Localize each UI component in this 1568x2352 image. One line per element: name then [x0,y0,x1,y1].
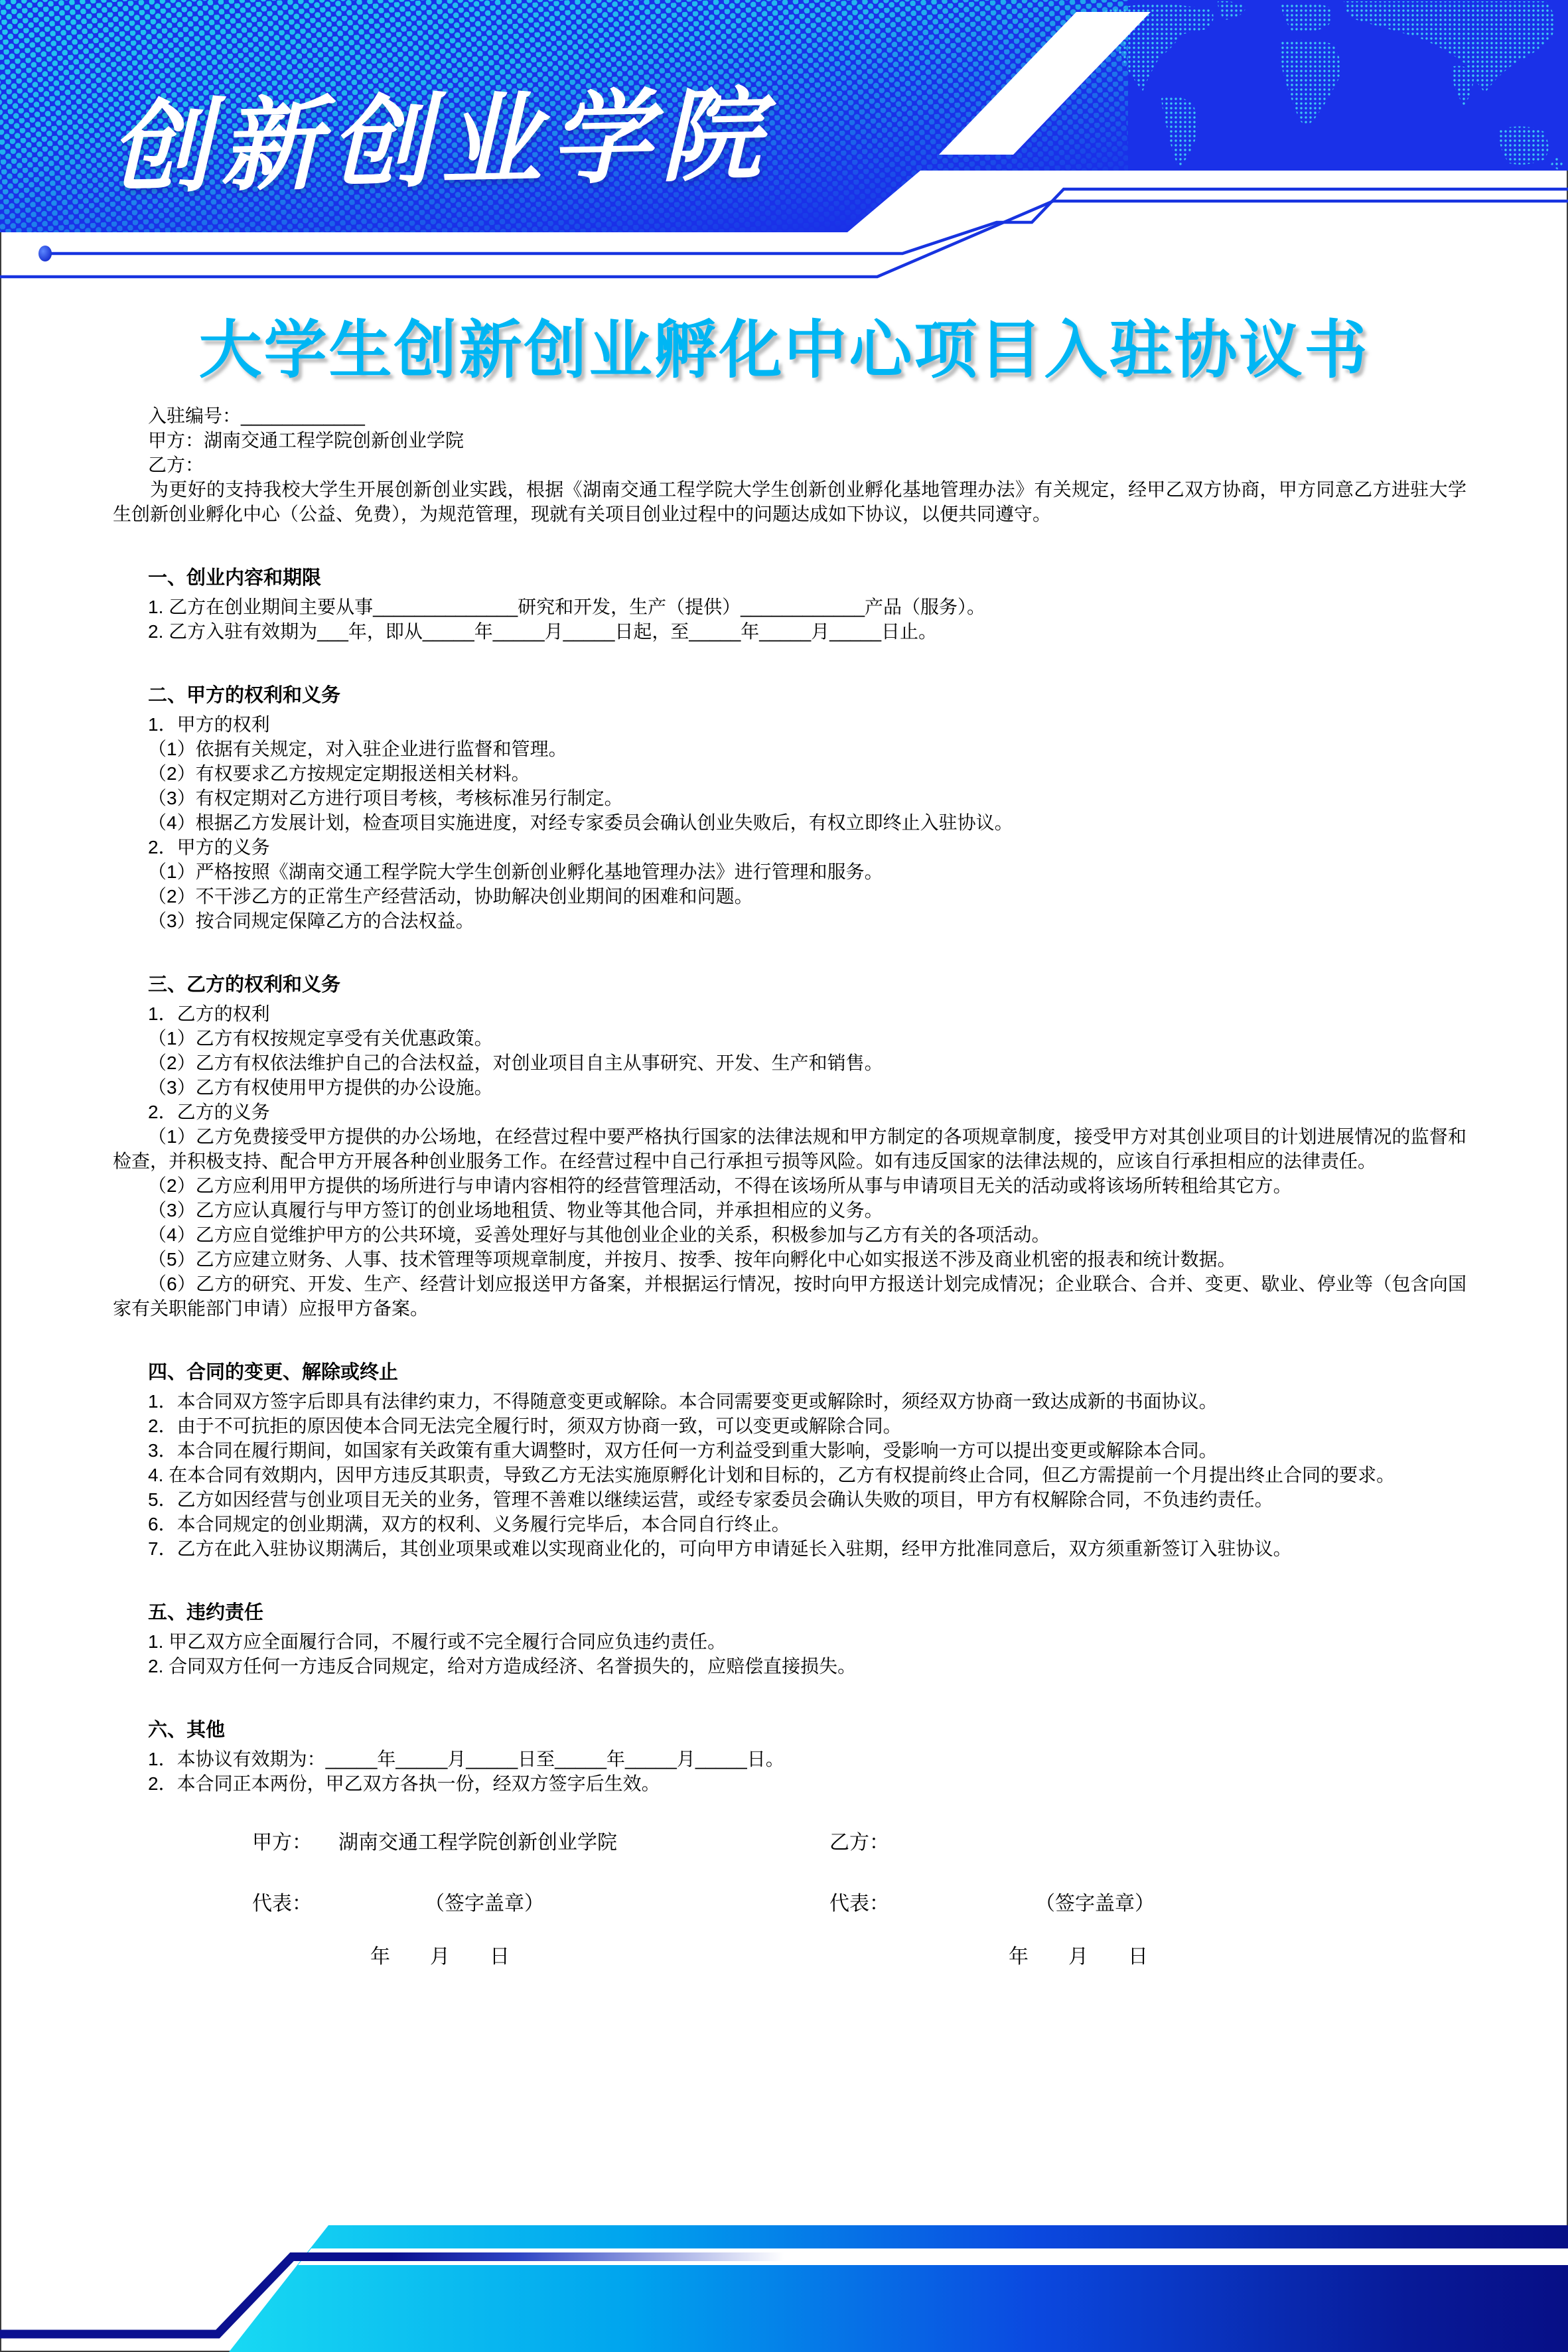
sig-seal-note-b: （签字盖章） [1035,1891,1155,1916]
sig-party-a-label: 甲方： [252,1830,312,1855]
contract-item: （3）乙方有权使用甲方提供的办公设施。 [113,1075,1466,1100]
contract-item: 1. 乙方在创业期间主要从事______________研究和开发，生产（提供）… [113,595,1466,619]
party-a-line: 甲方：湖南交通工程学院创新创业学院 [113,428,1466,453]
contract-item: （2）有权要求乙方按规定定期报送相关材料。 [113,761,1466,786]
signature-row-parties: 甲方： 湖南交通工程学院创新创业学院 乙方： [113,1830,1466,1857]
contract-item: （3）乙方应认真履行与甲方签订的创业场地租赁、物业等其他合同，并承担相应的义务。 [113,1198,1466,1222]
section-heading: 四、合同的变更、解除或终止 [113,1360,1466,1385]
section-heading: 三、乙方的权利和义务 [113,973,1466,997]
footer-decoration-graphic [0,2217,1568,2352]
sig-party-a-name: 湖南交通工程学院创新创业学院 [338,1830,617,1855]
intro-paragraph: 为更好的支持我校大学生开展创新创业实践，根据《湖南交通工程学院大学生创新创业孵化… [113,477,1466,526]
contract-item: （1）乙方有权按规定享受有关优惠政策。 [113,1026,1466,1051]
contract-item: 4. 在本合同有效期内，因甲方违反其职责，导致乙方无法实施原孵化计划和目标的，乙… [113,1463,1466,1487]
contract-item: 3．本合同在履行期间，如国家有关政策有重大调整时，双方任何一方利益受到重大影响，… [113,1438,1466,1463]
contract-item: 1．本合同双方签字后即具有法律约束力，不得随意变更或解除。本合同需要变更或解除时… [113,1389,1466,1414]
section-heading: 六、其他 [113,1718,1466,1743]
contract-item: （3）按合同规定保障乙方的合法权益。 [113,909,1466,933]
college-name-calligraphy: 创新创业学院 [108,54,788,212]
line-end-ball [38,246,52,261]
page-title: 大学生创新创业孵化中心项目入驻协议书 [0,300,1568,390]
sig-rep-b-label: 代表： [829,1891,889,1916]
section-heading: 二、甲方的权利和义务 [113,684,1466,708]
contract-item: （2）乙方有权依法维护自己的合法权益，对创业项目自主从事研究、开发、生产和销售。 [113,1051,1466,1075]
contract-item: 1．本协议有效期为：_____年_____月_____日至_____年_____… [113,1747,1466,1771]
contract-item: （3）有权定期对乙方进行项目考核，考核标准另行制定。 [113,786,1466,810]
signature-block: 甲方： 湖南交通工程学院创新创业学院 乙方： 代表： （签字盖章） 代表： （签… [113,1830,1466,2029]
contract-item: （1）依据有关规定，对入驻企业进行监督和管理。 [113,737,1466,761]
contract-item: 2．甲方的义务 [113,835,1466,859]
party-b-line: 乙方： [113,453,1466,477]
header-banner: 创新创业学院 [0,0,1568,285]
contract-item: 1. 甲乙双方应全面履行合同，不履行或不完全履行合同应负违约责任。 [113,1629,1466,1654]
contract-item: 2. 乙方入驻有效期为___年，即从_____年_____月_____日起，至_… [113,619,1466,644]
contract-page: 创新创业学院 大学生创新创业孵化中心项目入驻协议书 入驻编号：_________… [0,0,1568,2352]
contract-item: 1．乙方的权利 [113,1001,1466,1026]
contract-item: （1）严格按照《湖南交通工程学院大学生创新创业孵化基地管理办法》进行管理和服务。 [113,859,1466,884]
contract-item: （1）乙方免费接受甲方提供的办公场地，在经营过程中要严格执行国家的法律法规和甲方… [113,1124,1466,1173]
footer-gradient-band [229,2225,1568,2352]
sig-rep-a-label: 代表： [252,1891,312,1916]
sig-date-a: 年 月 日 [370,1945,510,1969]
sig-seal-note-a: （签字盖章） [425,1891,544,1916]
contract-item: 2．由于不可抗拒的原因使本合同无法完全履行时，须双方协商一致，可以变更或解除合同… [113,1414,1466,1438]
contract-item: 6．本合同规定的创业期满，双方的权利、义务履行完毕后，本合同自行终止。 [113,1512,1466,1536]
footer-banner [0,2217,1568,2352]
section-heading: 五、违约责任 [113,1601,1466,1625]
contract-item: 2．乙方的义务 [113,1100,1466,1124]
contract-item: （4）根据乙方发展计划，检查项目实施进度，对经专家委员会确认创业失败后，有权立即… [113,810,1466,835]
contract-item: 5．乙方如因经营与创业项目无关的业务，管理不善难以继续运营，或经专家委员会确认失… [113,1487,1466,1512]
signature-row-representatives: 代表： （签字盖章） 代表： （签字盖章） [113,1891,1466,1918]
contract-item: 7．乙方在此入驻协议期满后，其创业项果或难以实现商业化的，可向甲方申请延长入驻期… [113,1536,1466,1561]
contract-item: （6）乙方的研究、开发、生产、经营计划应报送甲方备案，并根据运行情况，按时向甲方… [113,1272,1466,1321]
contract-item: （5）乙方应建立财务、人事、技术管理等项规章制度，并按月、按季、按年向孵化中心如… [113,1247,1466,1272]
sig-date-b: 年 月 日 [1009,1945,1148,1969]
contract-item: （2）乙方应利用甲方提供的场所进行与申请内容相符的经营管理活动，不得在该场所从事… [113,1173,1466,1198]
contract-item: （2）不干涉乙方的正常生产经营活动，协助解决创业期间的困难和问题。 [113,884,1466,909]
contract-body: 入驻编号：____________ 甲方：湖南交通工程学院创新创业学院 乙方： … [113,404,1466,2029]
contract-item: 2．本合同正本两份，甲乙双方各执一份，经双方签字后生效。 [113,1771,1466,1796]
entry-number-line: 入驻编号：____________ [113,404,1466,428]
signature-row-dates: 年 月 日 年 月 日 [113,1945,1466,1971]
sig-party-b-label: 乙方： [829,1830,889,1855]
contract-item: 1．甲方的权利 [113,712,1466,737]
section-heading: 一、创业内容和期限 [113,566,1466,591]
contract-sections: 一、创业内容和期限1. 乙方在创业期间主要从事______________研究和… [113,566,1466,1796]
contract-item: 2. 合同双方任何一方违反合同规定，给对方造成经济、名誉损失的，应赔偿直接损失。 [113,1654,1466,1678]
contract-item: （4）乙方应自觉维护甲方的公共环境，妥善处理好与其他创业企业的关系，积极参加与乙… [113,1222,1466,1247]
